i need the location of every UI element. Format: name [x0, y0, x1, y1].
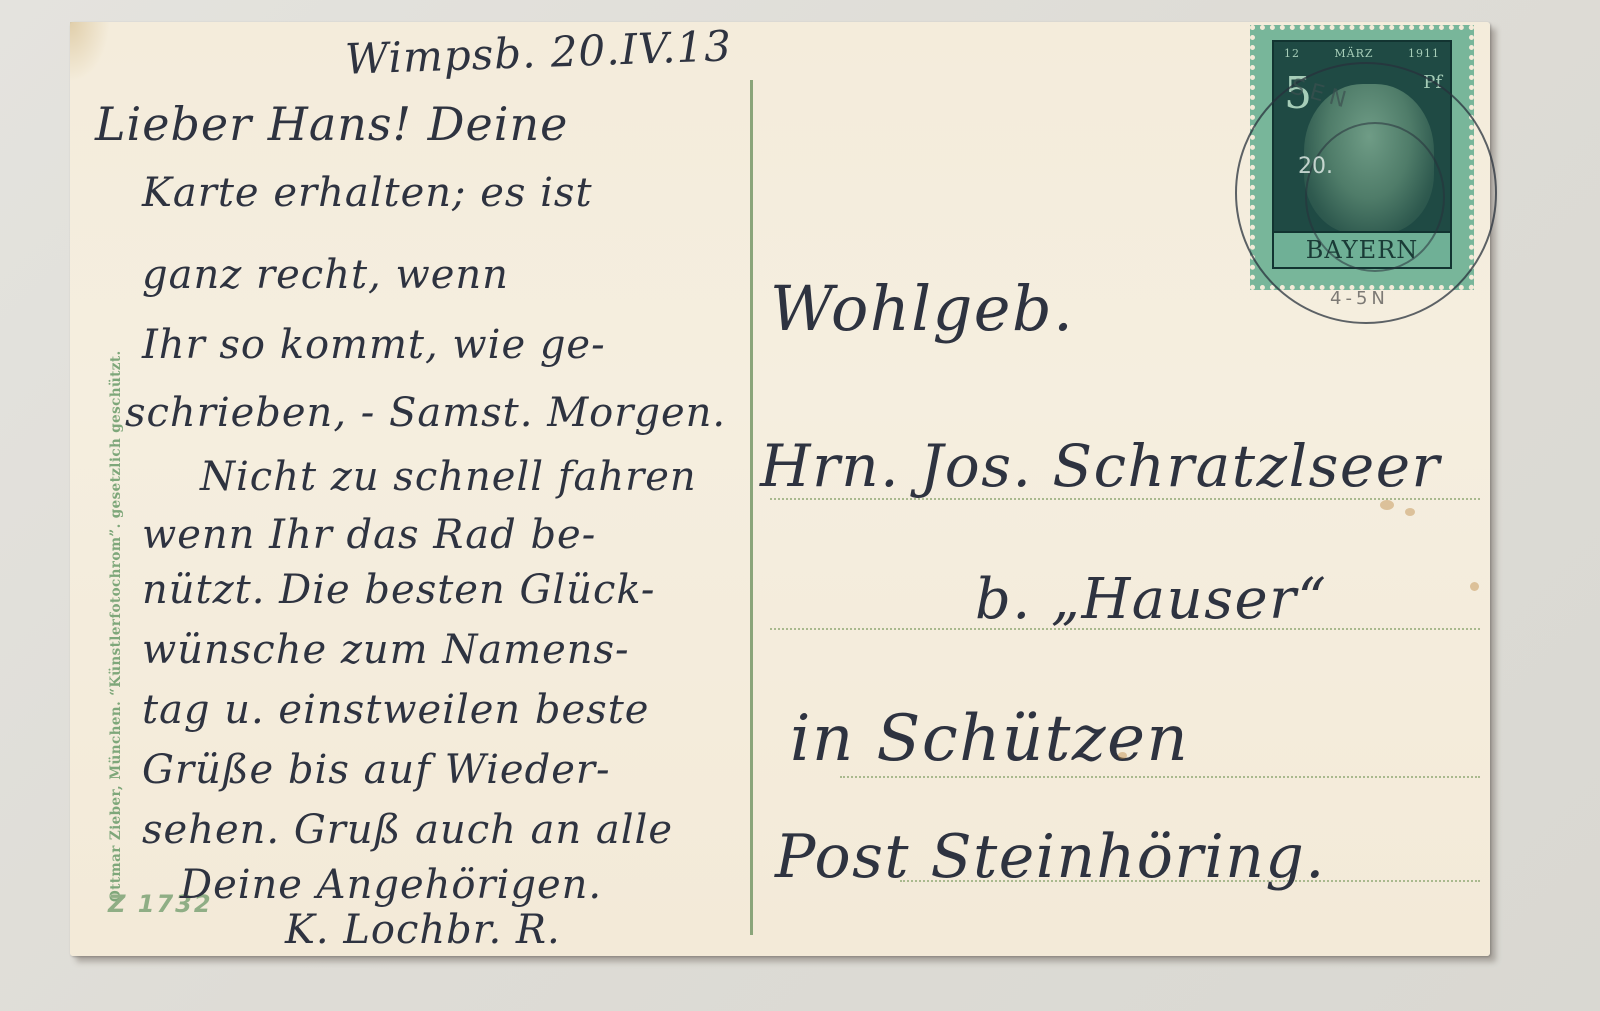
address-town: in Schützen [790, 702, 1189, 776]
message-line: Karte erhalten; es ist [142, 170, 593, 216]
message-line: tag u. einstweilen beste [142, 687, 649, 733]
message-line: Grüße bis auf Wieder- [142, 747, 611, 793]
stamp-issue-date: 12 MÄRZ 1911 [1274, 42, 1450, 64]
message-line: nützt. Die besten Glück- [142, 567, 655, 613]
address-care-of: b. „Hauser“ [975, 567, 1328, 632]
message-line: Ihr so kommt, wie ge- [142, 322, 606, 368]
message-line: wünsche zum Namens- [142, 627, 630, 673]
place-date: Wimpsb. 20.IV.13 [344, 21, 732, 83]
message-line: Nicht zu schnell fahren [200, 454, 697, 500]
foxing-stain [1118, 752, 1127, 759]
foxing-stain [1470, 582, 1479, 591]
stamp-year: 1911 [1408, 47, 1440, 60]
corner-stain [70, 22, 110, 82]
postmark-date: 20. [1298, 154, 1333, 179]
stamp-day: 12 [1284, 47, 1300, 60]
address-post-office: Post Steinhöring. [775, 822, 1326, 892]
message-line: sehen. Gruß auch an alle [142, 807, 673, 853]
message-line: wenn Ihr das Rad be- [142, 512, 596, 558]
stamp-month: MÄRZ [1334, 47, 1373, 60]
message-line: ganz recht, wenn [142, 252, 509, 298]
postcard: Ottmar Zieber, München. “Künstlerfotochr… [70, 22, 1490, 956]
postmark-time: 4-5N [1330, 288, 1389, 309]
foxing-stain [1405, 508, 1415, 516]
message-line: Deine Angehörigen. [180, 862, 602, 908]
address-recipient: Hrn. Jos. Schratzlseer [760, 432, 1441, 500]
postmark-inner-ring [1305, 122, 1445, 272]
message-line: Lieber Hans! Deine [95, 97, 568, 151]
center-divider-line [750, 80, 753, 935]
printer-imprint: Ottmar Zieber, München. “Künstlerfotochr… [108, 350, 124, 902]
address-line-3 [840, 776, 1480, 778]
foxing-stain [1380, 500, 1394, 510]
address-salutation: Wohlgeb. [770, 272, 1074, 345]
message-line: schrieben, - Samst. Morgen. [125, 390, 726, 436]
signature: K. Lochbr. R. [285, 907, 561, 953]
